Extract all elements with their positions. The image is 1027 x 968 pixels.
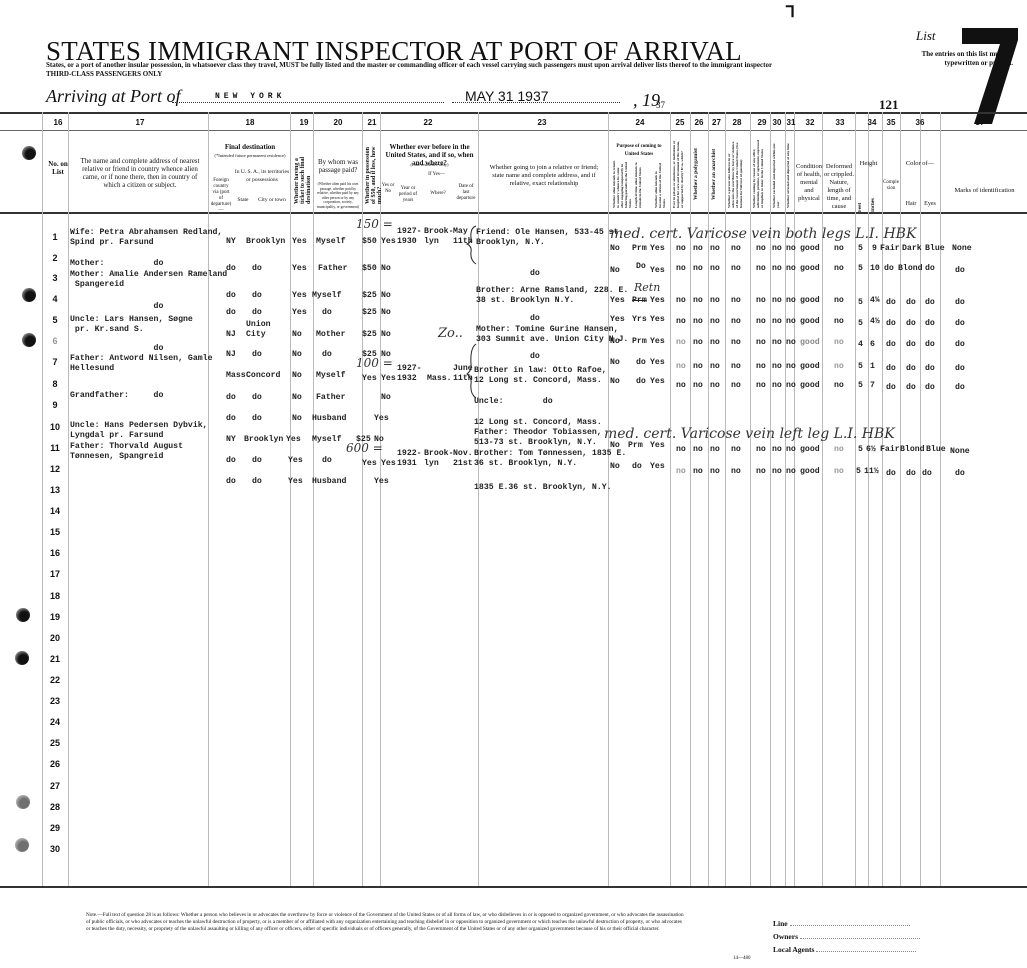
row-number: 16 bbox=[42, 548, 68, 558]
polygamist-header: Whether a polygamist bbox=[693, 140, 699, 200]
q31-cell: no bbox=[786, 338, 796, 348]
q28-cell: no bbox=[731, 264, 741, 274]
col-line bbox=[313, 112, 314, 886]
medical-annotation: med. cert. Varicose vein left leg L.I. H… bbox=[604, 426, 895, 442]
passage-paid-header: By whom was passage paid? bbox=[314, 158, 362, 174]
purpose-1-cell: No bbox=[610, 358, 620, 368]
table-bottom-rule bbox=[0, 886, 1027, 888]
q30-cell: no bbox=[772, 338, 782, 348]
feet-cell: 5 bbox=[858, 319, 863, 329]
purpose-2-cell: do bbox=[632, 462, 642, 472]
deformed-header: Deformed or crippled. Nature, length of … bbox=[823, 163, 855, 211]
q30-header: Whether excluded and deported within one… bbox=[772, 140, 782, 208]
health-cell: good bbox=[800, 362, 820, 372]
eyes-header: Eyes bbox=[920, 200, 940, 208]
before-cell: No bbox=[381, 308, 391, 318]
feet-cell: 5 bbox=[858, 264, 863, 274]
row-number: 6 bbox=[42, 336, 68, 346]
purpose-2-cell: do bbox=[636, 377, 646, 387]
purpose-2-cell: Do bbox=[636, 262, 646, 272]
complexion-cell: Fair bbox=[880, 244, 900, 254]
money-cell: $25 bbox=[362, 308, 377, 318]
deformed-cell: no bbox=[834, 338, 844, 348]
q29-cell: no bbox=[756, 338, 766, 348]
paid-cell: Myself bbox=[312, 291, 341, 301]
q26-cell: no bbox=[693, 264, 703, 274]
joining-cell: do bbox=[530, 314, 540, 324]
purpose-1-cell: No bbox=[610, 337, 620, 347]
row-number: 28 bbox=[42, 802, 68, 812]
q29-cell: no bbox=[756, 296, 766, 306]
joining-cell: 12 Long st. Concord, Mass. bbox=[474, 418, 602, 428]
q25-cell: no bbox=[676, 244, 686, 254]
col-number: 34 bbox=[862, 118, 882, 127]
final-destination-header: Final destination bbox=[210, 143, 290, 151]
col-number: 16 bbox=[48, 118, 68, 127]
marks-cell: do bbox=[955, 469, 965, 479]
purpose-3-cell: Yes bbox=[650, 462, 665, 472]
joining-cell: Brother in law: Otto Rafoe, 12 Long st. … bbox=[474, 366, 607, 386]
paid-cell: Myself bbox=[316, 237, 345, 247]
col-number: 23 bbox=[532, 118, 552, 127]
city-cell: do bbox=[252, 414, 262, 424]
purpose-1-cell: No bbox=[610, 266, 620, 276]
money-cell: Yes bbox=[362, 374, 377, 384]
feet-cell: 5 bbox=[858, 381, 863, 391]
row-number: 1 bbox=[42, 232, 68, 242]
q29-cell: no bbox=[756, 317, 766, 327]
marks-cell: None bbox=[950, 447, 970, 457]
city-cell: do bbox=[252, 393, 262, 403]
row-number: 22 bbox=[42, 675, 68, 685]
purpose-1-cell: No bbox=[610, 377, 620, 387]
complexion-cell: do bbox=[886, 364, 896, 374]
binder-hole-icon bbox=[22, 288, 36, 302]
relative-cell: Mother: Amalie Andersen Rameland Spanger… bbox=[70, 270, 227, 290]
q26-cell: no bbox=[693, 381, 703, 391]
deformed-cell: no bbox=[834, 362, 844, 372]
agents-label: Local Agents bbox=[773, 945, 814, 954]
inches-cell: 9 bbox=[872, 244, 877, 254]
feet-cell: 5 bbox=[858, 244, 863, 254]
q29-cell: no bbox=[756, 244, 766, 254]
city-cell: do bbox=[252, 264, 262, 274]
city-cell: do bbox=[252, 291, 262, 301]
state-cell: do bbox=[226, 308, 236, 318]
purpose-sub-2-header: Length of time alien intends to remain i… bbox=[634, 160, 648, 208]
q26-cell: no bbox=[693, 362, 703, 372]
q25-cell: no bbox=[676, 338, 686, 348]
purpose-1-cell: No bbox=[610, 462, 620, 472]
state-cell: NJ bbox=[226, 350, 236, 360]
binder-hole-icon bbox=[15, 838, 29, 852]
col-number: 17 bbox=[130, 118, 150, 127]
q25-cell: no bbox=[676, 467, 686, 477]
hair-cell: do bbox=[906, 319, 916, 329]
joining-cell: Uncle: do bbox=[474, 397, 553, 407]
q25-cell: no bbox=[676, 317, 686, 327]
height-header: Height bbox=[855, 160, 882, 168]
ticket-cell: Yes bbox=[288, 456, 303, 466]
passage-paid-note: (Whether alien paid his own passage, whe… bbox=[314, 182, 362, 209]
q26-cell: no bbox=[693, 467, 703, 477]
purpose-2-cell: Prm bbox=[628, 441, 643, 451]
row-number: 2 bbox=[42, 253, 68, 263]
where-cell: Brook- lyn bbox=[424, 227, 453, 247]
date-stamp: MAY 31 1937 bbox=[465, 88, 549, 104]
money-cell: $25 bbox=[362, 291, 377, 301]
row-number: 4 bbox=[42, 294, 68, 304]
owners-underline bbox=[800, 938, 920, 939]
health-cell: good bbox=[800, 381, 820, 391]
no-on-list-header: No. on List bbox=[48, 160, 68, 176]
hair-cell: Blond bbox=[898, 264, 923, 274]
paid-cell: Myself bbox=[316, 371, 345, 381]
q30-cell: no bbox=[772, 362, 782, 372]
health-cell: good bbox=[800, 467, 820, 477]
purpose-sub-1-header: Whether alien intends to return to count… bbox=[612, 160, 626, 208]
hair-cell: do bbox=[906, 364, 916, 374]
city-cell: Brooklyn bbox=[246, 237, 285, 247]
purpose-3-cell: Yes bbox=[650, 244, 665, 254]
handwritten-correction: Retn bbox=[634, 281, 660, 294]
relative-cell: Father: Antword Nilsen, Gamle Hellesund bbox=[70, 354, 213, 374]
paid-cell: do bbox=[322, 308, 332, 318]
line-field: Line bbox=[773, 919, 910, 928]
bracket-icon bbox=[466, 224, 478, 494]
health-cell: good bbox=[800, 445, 820, 455]
q28-cell: no bbox=[731, 244, 741, 254]
owners-field: Owners bbox=[773, 932, 920, 941]
row-number: 21 bbox=[42, 654, 68, 664]
years-cell: 1922- 1931 bbox=[397, 449, 422, 469]
years-cell: 1927- 1932 bbox=[397, 364, 422, 384]
money-cell: $50 bbox=[362, 264, 377, 274]
inches-cell: 7 bbox=[870, 381, 875, 391]
binder-hole-icon bbox=[16, 795, 30, 809]
state-cell: do bbox=[226, 393, 236, 403]
relative-abroad-header: The name and complete address of nearest… bbox=[76, 157, 204, 189]
row-number: 17 bbox=[42, 569, 68, 579]
before-cell: No bbox=[381, 264, 391, 274]
state-cell: NJ bbox=[226, 330, 236, 340]
before-cell: Yes bbox=[374, 414, 389, 424]
feet-cell: 5 bbox=[858, 445, 863, 455]
q29-cell: no bbox=[756, 381, 766, 391]
q27-cell: no bbox=[710, 445, 720, 455]
city-cell: do bbox=[252, 350, 262, 360]
col-number: 18 bbox=[240, 118, 260, 127]
top-mark: ꓶ bbox=[786, 2, 795, 22]
q29-cell: no bbox=[756, 445, 766, 455]
purpose-3-cell: Yes bbox=[650, 266, 665, 276]
col-number: 28 bbox=[727, 118, 747, 127]
q31-cell: no bbox=[786, 381, 796, 391]
q31-cell: no bbox=[786, 317, 796, 327]
q29-header: Whether coming by reason of any offer, s… bbox=[752, 140, 768, 208]
q25-cell: no bbox=[676, 264, 686, 274]
col-number: 31 bbox=[781, 118, 801, 127]
city-cell: do bbox=[252, 308, 262, 318]
q31-cell: no bbox=[786, 244, 796, 254]
row-number: 30 bbox=[42, 844, 68, 854]
in-usa-header: In U. S. A., its territories or possessi… bbox=[234, 168, 290, 184]
state-cell: do bbox=[226, 414, 236, 424]
state-cell: do bbox=[226, 291, 236, 301]
joining-cell: Mother: Tomine Gurine Hansen, 303 Summit… bbox=[476, 325, 628, 345]
header-rule bbox=[0, 112, 1027, 114]
q26-cell: no bbox=[693, 244, 703, 254]
binder-hole-icon bbox=[15, 651, 29, 665]
q30-cell: no bbox=[772, 445, 782, 455]
q28-cell: no bbox=[731, 381, 741, 391]
handwritten-money: 600 = bbox=[346, 441, 383, 455]
inches-cell: 6½ bbox=[866, 445, 876, 455]
q25-cell: no bbox=[676, 296, 686, 306]
paid-cell: Mother bbox=[316, 330, 345, 340]
q30-cell: no bbox=[772, 317, 782, 327]
joining-cell: Friend: Ole Hansen, 533-45 st. Brooklyn,… bbox=[476, 228, 623, 248]
paid-cell: Father bbox=[316, 393, 345, 403]
joining-cell: Brother: Tom Tønnessen, 1835 E. 36 st. B… bbox=[474, 449, 626, 469]
q27-cell: no bbox=[710, 264, 720, 274]
paid-cell: Husband bbox=[312, 414, 346, 424]
paid-cell: do bbox=[322, 350, 332, 360]
handwritten-mark: Zo.. bbox=[438, 326, 463, 341]
joining-cell: 1835 E.36 st. Brooklyn, N.Y. bbox=[474, 483, 612, 493]
health-cell: good bbox=[800, 317, 820, 327]
deformed-cell: no bbox=[834, 317, 844, 327]
col-number: 21 bbox=[362, 118, 382, 127]
state-cell: do bbox=[226, 264, 236, 274]
col-number: 19 bbox=[294, 118, 314, 127]
health-cell: good bbox=[800, 296, 820, 306]
purpose-1-cell: Yes bbox=[610, 315, 625, 325]
ticket-cell: No bbox=[292, 330, 302, 340]
row-number: 12 bbox=[42, 464, 68, 474]
q27-cell: no bbox=[710, 381, 720, 391]
hair-cell: Blond bbox=[900, 445, 925, 455]
where-cell: Mass. bbox=[427, 374, 452, 384]
joining-cell: Father: Theodor Tobiassen, 513-73 st. Br… bbox=[474, 428, 602, 448]
q28-cell: no bbox=[731, 445, 741, 455]
joining-cell: Brother: Arne Ramsland, 228. E. 38 st. B… bbox=[476, 286, 628, 306]
q27-cell: no bbox=[710, 317, 720, 327]
q31-cell: no bbox=[786, 264, 796, 274]
marks-cell: do bbox=[955, 383, 965, 393]
deformed-cell: no bbox=[834, 381, 844, 391]
paid-cell: Myself bbox=[312, 435, 341, 445]
complexion-cell: Fair bbox=[880, 445, 900, 455]
purpose-3-cell: Yes bbox=[650, 358, 665, 368]
years-cell: 1927- 1930 bbox=[397, 227, 422, 247]
feet-cell: 5 bbox=[856, 467, 861, 477]
line-label: Line bbox=[773, 919, 788, 928]
before-cell: Yes bbox=[381, 237, 396, 247]
q28-cell: no bbox=[731, 338, 741, 348]
before-cell: No bbox=[381, 291, 391, 301]
ticket-cell: Yes bbox=[292, 308, 307, 318]
ticket-cell: Yes bbox=[292, 291, 307, 301]
col-number: 27 bbox=[708, 118, 725, 127]
purpose-2-cell: Prm bbox=[632, 296, 647, 306]
year-period-header: Year or period of years bbox=[396, 186, 420, 204]
row-number: 27 bbox=[42, 781, 68, 791]
q26-cell: no bbox=[693, 296, 703, 306]
header-bottom-rule bbox=[0, 212, 1027, 214]
complexion-header: Complexion bbox=[882, 180, 900, 192]
purpose-header: Purpose of coming to United States bbox=[610, 143, 668, 159]
year-suffix: 37 bbox=[656, 100, 665, 110]
purpose-sub-3-header: Whether alien intends to become a citize… bbox=[654, 160, 668, 208]
hair-cell: do bbox=[906, 383, 916, 393]
col-number: 20 bbox=[328, 118, 348, 127]
q28-cell: no bbox=[731, 317, 741, 327]
if-yes-header: If Yes— bbox=[395, 171, 478, 179]
q29-cell: no bbox=[756, 264, 766, 274]
col-line bbox=[290, 112, 291, 886]
deformed-cell: no bbox=[834, 445, 844, 455]
inches-cell: 10 bbox=[870, 264, 880, 274]
row-number: 9 bbox=[42, 400, 68, 410]
class-line: THIRD-CLASS PASSENGERS ONLY bbox=[46, 70, 162, 78]
col-line bbox=[68, 112, 69, 886]
hair-cell: do bbox=[906, 340, 916, 350]
city-cell: Brooklyn bbox=[244, 435, 283, 445]
city-cell: do bbox=[252, 456, 262, 466]
purpose-1-cell: No bbox=[610, 441, 620, 451]
row-number: 11 bbox=[42, 443, 68, 453]
color-of-header: Color of— bbox=[900, 160, 940, 168]
health-header: Condition of health, mental and physical bbox=[795, 163, 823, 203]
row-number: 5 bbox=[42, 315, 68, 325]
ticket-cell: No bbox=[292, 393, 302, 403]
ticket-cell: Yes bbox=[292, 237, 307, 247]
hair-header: Hair bbox=[902, 200, 920, 208]
relative-cell: do bbox=[70, 302, 163, 312]
ticket-header: Whether having a ticket to such final de… bbox=[294, 144, 312, 204]
inches-cell: 1 bbox=[870, 362, 875, 372]
eyes-cell: do bbox=[925, 340, 935, 350]
complexion-cell: do bbox=[886, 469, 896, 479]
row-number: 23 bbox=[42, 696, 68, 706]
inches-header: Inches bbox=[871, 190, 877, 212]
q27-cell: no bbox=[710, 467, 720, 477]
purpose-1-cell: Yes bbox=[610, 296, 625, 306]
final-destination-note: (*Intended future permanent residence) bbox=[210, 152, 290, 160]
col-number: 25 bbox=[670, 118, 690, 127]
purpose-1-cell: No bbox=[610, 244, 620, 254]
owners-label: Owners bbox=[773, 932, 798, 941]
row-number: 18 bbox=[42, 591, 68, 601]
purpose-3-cell: Yes bbox=[650, 337, 665, 347]
footnote-q28: Note.—Full text of question 28 is as fol… bbox=[86, 912, 686, 933]
where-cell: Brook- lyn bbox=[424, 449, 453, 469]
col-number: 32 bbox=[800, 118, 820, 127]
q28-cell: no bbox=[731, 467, 741, 477]
anarchist-header: Whether an anarchist bbox=[711, 140, 717, 200]
ticket-cell: Yes bbox=[286, 435, 301, 445]
state-cell: NY bbox=[226, 237, 236, 247]
state-header: State bbox=[234, 196, 252, 204]
eyes-cell: do bbox=[925, 383, 935, 393]
purpose-3-cell: Yes bbox=[650, 377, 665, 387]
city-cell: Union City bbox=[246, 320, 271, 340]
before-cell: Yes bbox=[381, 374, 396, 384]
marks-cell: do bbox=[955, 340, 965, 350]
marks-cell: do bbox=[955, 319, 965, 329]
col-number: 36 bbox=[910, 118, 930, 127]
eyes-cell: do bbox=[922, 469, 932, 479]
port-underline bbox=[172, 102, 444, 103]
eyes-cell: do bbox=[925, 298, 935, 308]
q29-cell: no bbox=[756, 362, 766, 372]
date-departure-header: Date of last departure bbox=[455, 184, 477, 202]
health-cell: good bbox=[800, 338, 820, 348]
row-number: 15 bbox=[42, 527, 68, 537]
col-line bbox=[940, 112, 941, 886]
q28-header: Whether a person who believes in or advo… bbox=[727, 140, 747, 208]
relative-cell: Uncle: Lars Hansen, Søgne pr. Kr.sand S. bbox=[70, 315, 193, 335]
yes-no-header: Yes or No bbox=[381, 183, 395, 195]
agents-field: Local Agents bbox=[773, 945, 916, 954]
row-number: 14 bbox=[42, 506, 68, 516]
q27-cell: no bbox=[710, 244, 720, 254]
city-cell: Concord bbox=[246, 371, 280, 381]
before-cell: Yes bbox=[381, 459, 396, 469]
col-number: 37 bbox=[970, 118, 990, 127]
purpose-3-cell: Yes bbox=[650, 296, 665, 306]
q31-cell: no bbox=[786, 362, 796, 372]
q30-cell: no bbox=[772, 264, 782, 274]
marks-header: Marks of identification bbox=[942, 187, 1027, 195]
hair-cell: Dark bbox=[902, 244, 922, 254]
marks-cell: None bbox=[952, 244, 972, 254]
form-number: 14—480 bbox=[733, 956, 751, 961]
before-cell: Yes bbox=[374, 477, 389, 487]
feet-header: Feet bbox=[858, 192, 864, 212]
joining-cell: do bbox=[530, 352, 540, 362]
state-cell: do bbox=[226, 456, 236, 466]
purpose-3-cell: Yes bbox=[650, 315, 665, 325]
q27-cell: no bbox=[710, 362, 720, 372]
q27-cell: no bbox=[710, 338, 720, 348]
q27-cell: no bbox=[710, 296, 720, 306]
row-number: 29 bbox=[42, 823, 68, 833]
money-cell: Yes bbox=[362, 459, 377, 469]
q25-cell: no bbox=[676, 445, 686, 455]
eyes-cell: Blue bbox=[926, 445, 946, 455]
purpose-2-cell: Yrs bbox=[632, 315, 647, 325]
q28-cell: no bbox=[731, 362, 741, 372]
q28-cell: no bbox=[731, 296, 741, 306]
eyes-cell: Blue bbox=[925, 244, 945, 254]
marks-cell: do bbox=[955, 364, 965, 374]
purpose-2-cell: Prm bbox=[632, 337, 647, 347]
list-label: List bbox=[916, 28, 936, 44]
complexion-cell: do bbox=[886, 298, 896, 308]
col-number: 24 bbox=[630, 118, 650, 127]
marks-cell: do bbox=[955, 298, 965, 308]
col-number: 26 bbox=[690, 118, 708, 127]
joining-header: Whether going to join a relative or frie… bbox=[486, 164, 602, 188]
binder-hole-icon bbox=[22, 333, 36, 347]
row-number: 3 bbox=[42, 273, 68, 283]
ticket-cell: Yes bbox=[292, 264, 307, 274]
relative-cell: Uncle: Hans Pedersen Dybvik, Lyngdal pr.… bbox=[70, 421, 208, 441]
paid-cell: Father bbox=[318, 264, 347, 274]
binder-hole-icon bbox=[16, 608, 30, 622]
